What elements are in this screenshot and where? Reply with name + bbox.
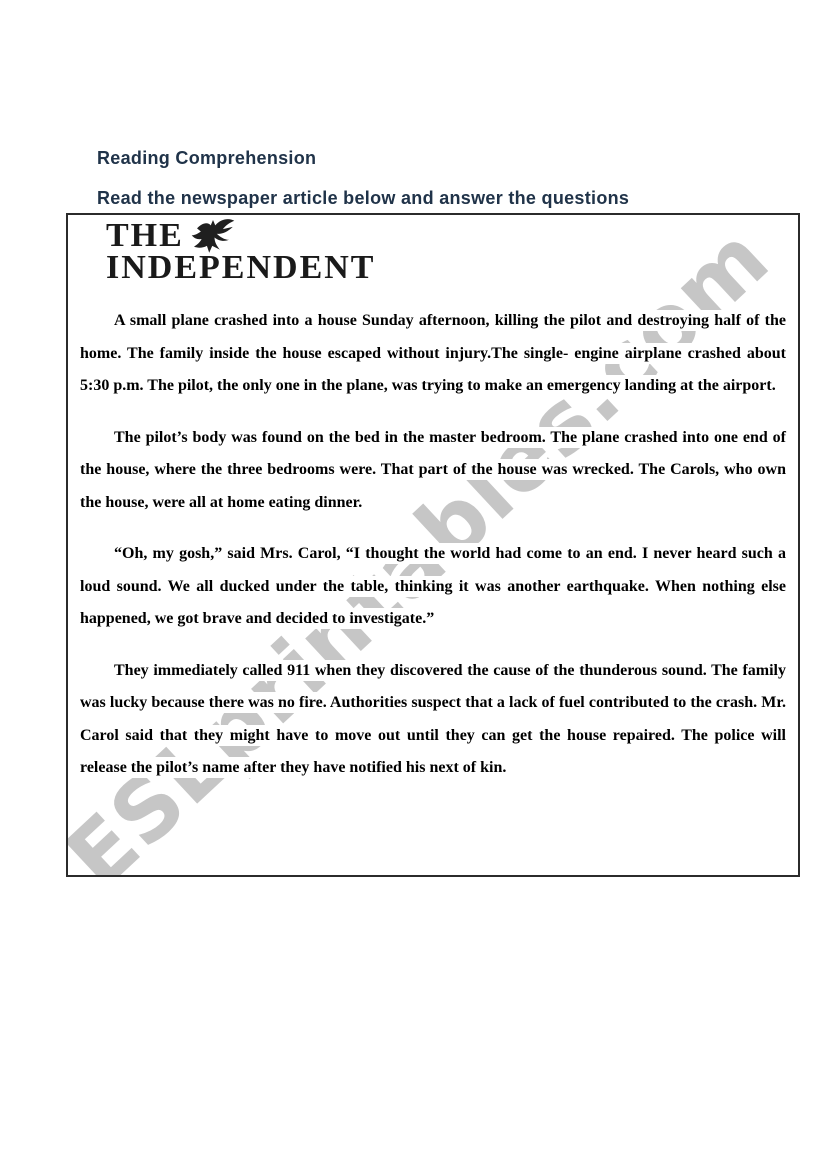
worksheet-page: Reading Comprehension Read the newspaper…	[0, 0, 821, 1169]
masthead-the: THE	[106, 223, 184, 249]
article-paragraph-3: “Oh, my gosh,” said Mrs. Carol, “I thoug…	[80, 538, 786, 636]
article-paragraph-2: The pilot’s body was found on the bed in…	[80, 422, 786, 520]
masthead-independent: INDEPENDENT	[106, 255, 798, 281]
article-box: ESLprintables.com THE INDEPENDENT A smal…	[66, 213, 800, 877]
newspaper-masthead: THE INDEPENDENT	[106, 223, 798, 281]
page-title: Reading Comprehension	[97, 148, 316, 169]
article-paragraph-4: They immediately called 911 when they di…	[80, 655, 786, 785]
article-paragraph-1: A small plane crashed into a house Sunda…	[80, 305, 786, 403]
instructions-text: Read the newspaper article below and ans…	[97, 188, 629, 209]
article-body: A small plane crashed into a house Sunda…	[80, 305, 786, 785]
